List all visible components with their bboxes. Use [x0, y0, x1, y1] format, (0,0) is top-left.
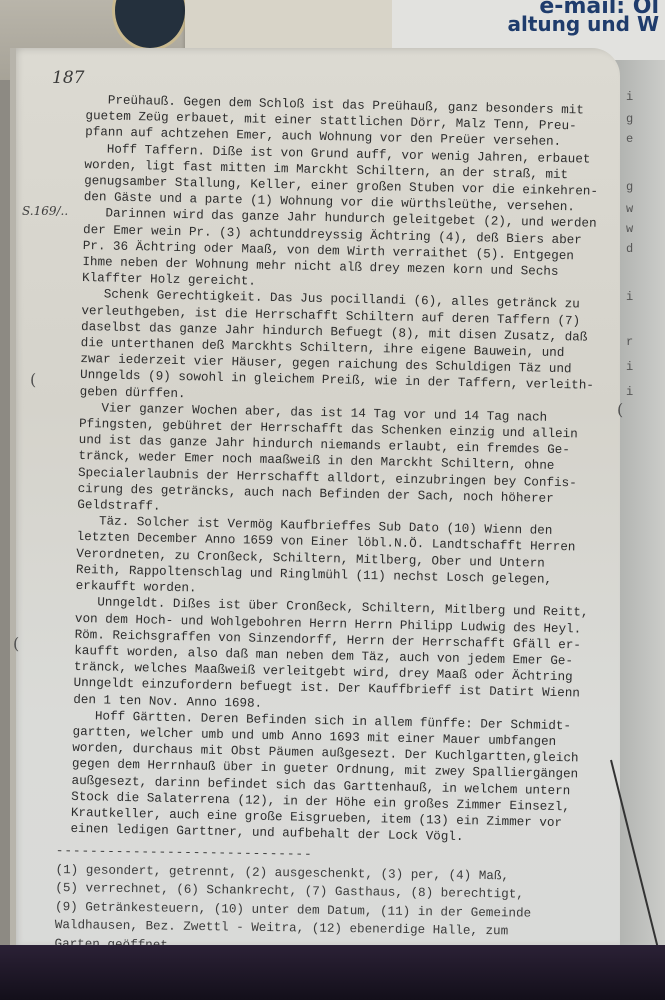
margin-bracket-mark: ( [13, 634, 19, 653]
facing-page-fragment: g [626, 180, 633, 194]
facing-page-fragment: r [626, 335, 633, 349]
flyer-line-2: altung und W [508, 12, 659, 36]
facing-page-fragment: g [626, 112, 633, 126]
facing-page-fragment: i [626, 385, 633, 399]
facing-page-fragment: w [626, 222, 633, 236]
background-bottom [0, 945, 665, 1000]
facing-page-fragment: i [626, 90, 633, 104]
margin-bracket-mark: ( [617, 400, 623, 419]
page-binding-edge [10, 48, 16, 948]
typewritten-body: Preühauß. Gegen dem Schloß ist das Preüh… [70, 92, 615, 848]
facing-page-fragment: w [626, 202, 633, 216]
margin-annotation: S.169/.. [22, 204, 68, 218]
background-card [185, 0, 425, 52]
facing-page-fragment: e [626, 132, 633, 146]
margin-bracket-mark: ( [30, 370, 36, 389]
footnotes: ------------------------------ (1) geson… [54, 840, 616, 961]
page-number: 187 [52, 68, 84, 88]
facing-page-fragment: d [626, 242, 633, 256]
facing-page-fragment: i [626, 290, 633, 304]
facing-page-fragment: i [626, 360, 633, 374]
